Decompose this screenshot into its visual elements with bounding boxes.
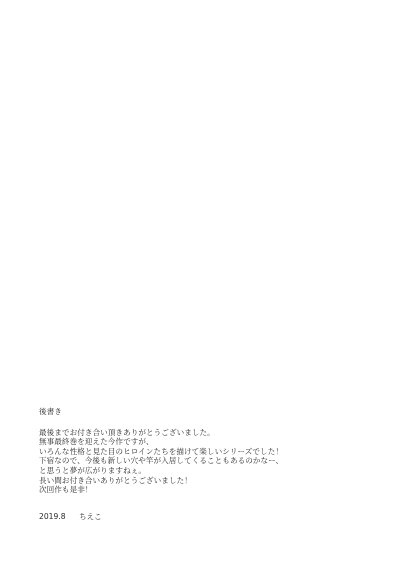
signature: 2019.8 ちえこ — [39, 512, 102, 522]
afterword-line: 長い間お付き合いありがとうございました！ — [39, 476, 299, 486]
afterword-section: 後書き 最後までお付き合い頂きありがとうございました。 無事最終巻を迎えた今作で… — [39, 407, 299, 495]
signature-author: ちえこ — [79, 512, 102, 521]
book-page: 後書き 最後までお付き合い頂きありがとうございました。 無事最終巻を迎えた今作で… — [0, 0, 400, 565]
afterword-body: 最後までお付き合い頂きありがとうございました。 無事最終巻を迎えた今作ですが、 … — [39, 428, 299, 495]
afterword-heading: 後書き — [39, 407, 299, 417]
afterword-line: 最後までお付き合い頂きありがとうございました。 — [39, 428, 299, 438]
afterword-line: と思うと夢が広がりますねぇ。 — [39, 466, 299, 476]
afterword-line: いろんな性格と見た目のヒロインたちを描けて楽しいシリーズでした！ — [39, 447, 299, 457]
afterword-line: 次回作も是非！ — [39, 485, 299, 495]
afterword-line: 無事最終巻を迎えた今作ですが、 — [39, 437, 299, 447]
afterword-line: 下宿なので、今後も新しい穴や竿が入居してくることもあるのかなー、 — [39, 456, 299, 466]
signature-date: 2019.8 — [39, 512, 66, 521]
